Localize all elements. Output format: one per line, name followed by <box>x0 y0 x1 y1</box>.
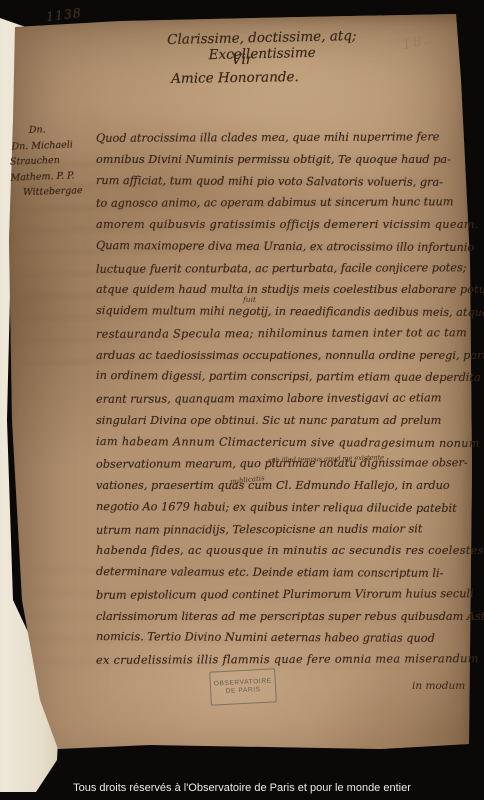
body-line: clarissimorum literas ad me perscriptas … <box>96 606 468 628</box>
body-line: negotio Ao 1679 habui; ex quibus inter r… <box>96 496 468 520</box>
body-line: arduas ac taediosissimas occupationes, n… <box>96 345 468 367</box>
body-line: siquidem multum mihi negotij, in reaedif… <box>96 300 468 324</box>
body-line: vationes, praesertim quas cum Cl. Edmund… <box>96 475 468 497</box>
body-line: restauranda Specula mea; nihilominus tam… <box>96 322 468 345</box>
body-line: determinare valeamus etc. Deinde etiam i… <box>96 561 468 585</box>
body-line: luctuque fuerit conturbata, ac perturbat… <box>96 257 468 280</box>
margin-address-line: Wittebergae <box>11 182 103 201</box>
body-line: Quod atrocissima illa clades mea, quae m… <box>96 126 468 149</box>
body-line: atque quidem haud multa in studijs meis … <box>96 279 468 301</box>
body-line: erant rursus, quanquam maximo labore inv… <box>96 387 468 410</box>
body-line: utrum nam pinnacidijs, Telescopicisne an… <box>96 518 468 541</box>
body-line: brum epistolicum quod continet Plurimoru… <box>96 583 468 606</box>
body-line: omnibus Divini Numinis permissu obtigit,… <box>96 149 468 171</box>
observatoire-de-paris-stamp: OBSERVATOIRE DE PARIS <box>209 668 277 705</box>
body-line: ex crudelissimis illis flammis quae fere… <box>96 648 468 671</box>
body-line: amorem quibusvis gratissimis officijs de… <box>96 214 468 236</box>
salutation-line-3: Amice Honorande. <box>150 69 320 87</box>
interlinear-note: fuit <box>243 295 256 304</box>
body-line: rum afficiat, tum quod mihi pio voto Sal… <box>96 170 468 194</box>
salutation-line-2: Vir <box>200 52 284 68</box>
body-line: habenda fides, ac quousque in minutis ac… <box>96 540 468 562</box>
scanned-manuscript-page: { "page": { "copyright_caption": "Tous d… <box>0 0 484 800</box>
letter-body: Quod atrocissima illa clades mea, quae m… <box>96 127 468 671</box>
body-line: iam habeam Annum Climactericum sive quad… <box>96 431 468 455</box>
body-line: in ordinem digessi, partim conscripsi, p… <box>96 365 468 389</box>
stamp-line-2: DE PARIS <box>225 686 260 696</box>
margin-address: Dn. Dn. Michaeli Strauchen Mathem. P. P.… <box>9 120 104 201</box>
inventory-number: 1138 <box>45 5 82 24</box>
body-line: to agnosco animo, ac operam dabimus ut s… <box>96 191 468 214</box>
body-line: Quam maximopere diva mea Urania, ex atro… <box>96 235 468 259</box>
copyright-caption: Tous droits réservés à l'Observatoire de… <box>0 782 484 794</box>
body-line: nomicis. Tertio Divino Numini aeternas h… <box>96 626 468 650</box>
body-line: singulari Divina ope obtinui. Sic ut nun… <box>96 410 468 432</box>
catchword: in modum <box>412 680 465 692</box>
